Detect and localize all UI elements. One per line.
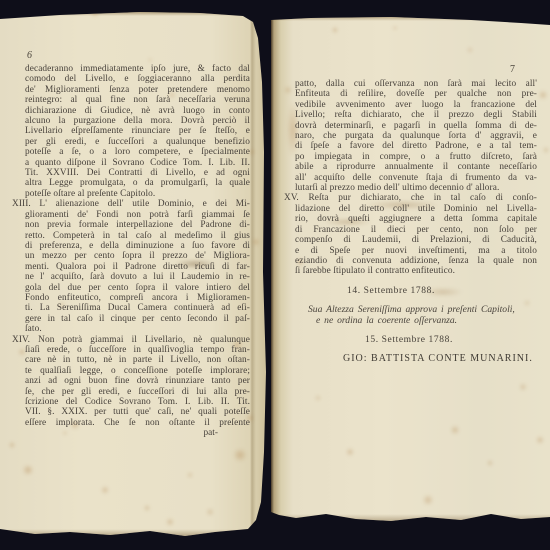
text-line: XV. Reſta pur dichiarato, che in tal caſ…: [295, 193, 537, 203]
text-line: alcuno la purgazione della mora. Dovrà p…: [25, 116, 250, 126]
text-line: compenſo di Laudemii, di Prelazioni, di …: [295, 235, 537, 245]
text-line: Livello; reſta dichiarato, che il prezzo…: [295, 110, 537, 120]
text-line: gere in tal caſo il cinque per cento ſec…: [25, 314, 250, 324]
catchword: pat-: [12, 428, 250, 438]
right-page: 7 patto, dalla cui oſſervanza non ſarà m…: [271, 17, 550, 521]
text-line: all' acquiſto delle convenute ſtaja di f…: [295, 173, 537, 183]
text-line: poteſſe a ſe, o a loro competere, e ſpec…: [25, 147, 250, 157]
text-line: ſcrizione del Codice Sovrano Tom. I. Lib…: [25, 397, 250, 407]
text-line: te qualſiaſi legge, o conceſſione poteſſ…: [25, 366, 250, 376]
text-line: comodo del Livello, e ſoggiaceranno alla…: [25, 74, 250, 84]
left-page-number: 6: [27, 50, 32, 61]
approval-line-1: Sua Altezza Sereniſſima approva i preſen…: [308, 304, 537, 316]
approval-line-2: e ne ordina la coerente oſſervanza.: [316, 315, 537, 327]
text-line: care nè in tutto, nè in parte il Livello…: [25, 355, 250, 365]
text-line: lutarſi al prezzo medio dell' ultimo dec…: [295, 183, 537, 193]
paragraph-xiii: XIII. L' alienazione dell' utile Dominio…: [12, 199, 250, 334]
text-line: altra Legge promulgata, o da promulgarſi…: [25, 178, 250, 188]
text-line: a quanto diſpone il Sovrano Codice Tom. …: [25, 158, 250, 168]
text-line: rio, dovrà queſti aggiugnere a detta ſom…: [295, 214, 537, 224]
text-line: abile a riprodurre annualmente il contan…: [295, 162, 537, 172]
paragraph-continuation: patto, dalla cui oſſervanza non ſarà mai…: [284, 79, 537, 193]
text-line: Tit. XXVIII. Dei Contratti di Livello, e…: [25, 168, 250, 178]
text-line: patto, dalla cui oſſervanza non ſarà mai…: [295, 79, 537, 89]
text-line: ſato.: [25, 324, 250, 334]
text-line: non previa formale interpellazione del P…: [25, 220, 250, 230]
text-line: vedibile avvenimento aver luogo la franc…: [295, 100, 537, 110]
signature: GIO: BATTISTA CONTE MUNARINI.: [343, 353, 537, 365]
text-line: Enfiteuta di reſilire, doveſſe per qualc…: [295, 89, 537, 99]
text-line: Fondo enfiteutico, compreſi ancora i Mig…: [25, 293, 250, 303]
date-line-2: 15. Settembre 1788.: [365, 335, 537, 346]
approval-note: Sua Altezza Sereniſſima approva i preſen…: [308, 304, 537, 327]
left-text-block: decaderanno immediatamente ipſo jure, & …: [12, 64, 250, 439]
text-line: per gli eredi, e ſucceſſori a qualunque …: [25, 137, 250, 147]
text-line: e di Speſe per nuovi inveſtimenti, ma a …: [295, 246, 537, 256]
text-line: di preferenza, e della diminuzione a ſuo…: [25, 241, 250, 251]
text-line: de' Miglioramenti ſenza poter pretendere…: [25, 85, 250, 95]
text-line: XIV. Non potrà giammai il Livellario, nè…: [25, 335, 250, 345]
text-line: retto. Competerà in tal caſo al medeſimo…: [25, 231, 250, 241]
text-line: ti. La Sereniſſima Ducal Camera continue…: [25, 303, 250, 313]
text-line: reintegro: al qual fine non ſarà neceſſa…: [25, 95, 250, 105]
text-line: Livellario eſpreſſamente rinunciare per …: [25, 126, 250, 136]
text-line: dovrà determinarſi, e pagarſi in quella …: [295, 121, 537, 131]
text-line: ſe, che per gli eredi, e ſucceſſori di l…: [25, 387, 250, 397]
text-line: XIII. L' alienazione dell' utile Dominio…: [25, 199, 250, 209]
paragraph-xiv: XIV. Non potrà giammai il Livellario, nè…: [12, 335, 250, 429]
text-line: eziandio di convenuta addizione, ſenza l…: [295, 256, 537, 266]
text-line: VII. §. XXIX. per tutti que' caſi, ne' q…: [25, 407, 250, 417]
text-line: ſiaſi erede, o ſucceſſore in qualſivogli…: [25, 345, 250, 355]
text-line: di ſpeſe a favore del diretto Padrone, e…: [295, 141, 537, 151]
paragraph-xv: XV. Reſta pur dichiarato, che in tal caſ…: [284, 193, 537, 276]
left-page: 6 decaderanno immediatamente ipſo jure, …: [0, 12, 270, 536]
text-line: ne l' acquiſto, ſarà dovuto a lui il Lau…: [25, 272, 250, 282]
text-line: ſi ſarebbe ſtipulato il contratto enfite…: [295, 266, 537, 276]
text-line: anzi ad ogni buon fine dovrà rinunziare …: [25, 376, 250, 386]
text-line: gola del due per cento ſopra il valore i…: [25, 283, 250, 293]
text-line: naro, che purgata da qualunque ſorta d' …: [295, 131, 537, 141]
text-line: lidazione del diretto coll' utile Domini…: [295, 204, 537, 214]
text-line: dichiarazione di Giudice, nè avrà luogo …: [25, 106, 250, 116]
right-page-number: 7: [510, 64, 515, 75]
right-text-block: patto, dalla cui oſſervanza non ſarà mai…: [284, 79, 537, 365]
paragraph-continuation: decaderanno immediatamente ipſo jure, & …: [12, 64, 250, 199]
text-line: di Francazione il dieci per cento, non ſ…: [295, 225, 537, 235]
text-line: glioramenti de' Fondi non potrà farſi gi…: [25, 210, 250, 220]
text-line: menti. Qualora poi il Padrone diretto ri…: [25, 262, 250, 272]
text-line: poteſſe oſtare al preſente Capitolo.: [25, 189, 250, 199]
text-line: decaderanno immediatamente ipſo jure, & …: [25, 64, 250, 74]
text-line: un mezzo per cento ſopra il prezzo de' M…: [25, 251, 250, 261]
date-line-1: 14. Settembre 1788.: [347, 286, 537, 297]
text-line: po impiegata in compre, o a frutto diſcr…: [295, 152, 537, 162]
text-line: eſſere implorata. Che ſe non oſtante il …: [25, 418, 250, 428]
